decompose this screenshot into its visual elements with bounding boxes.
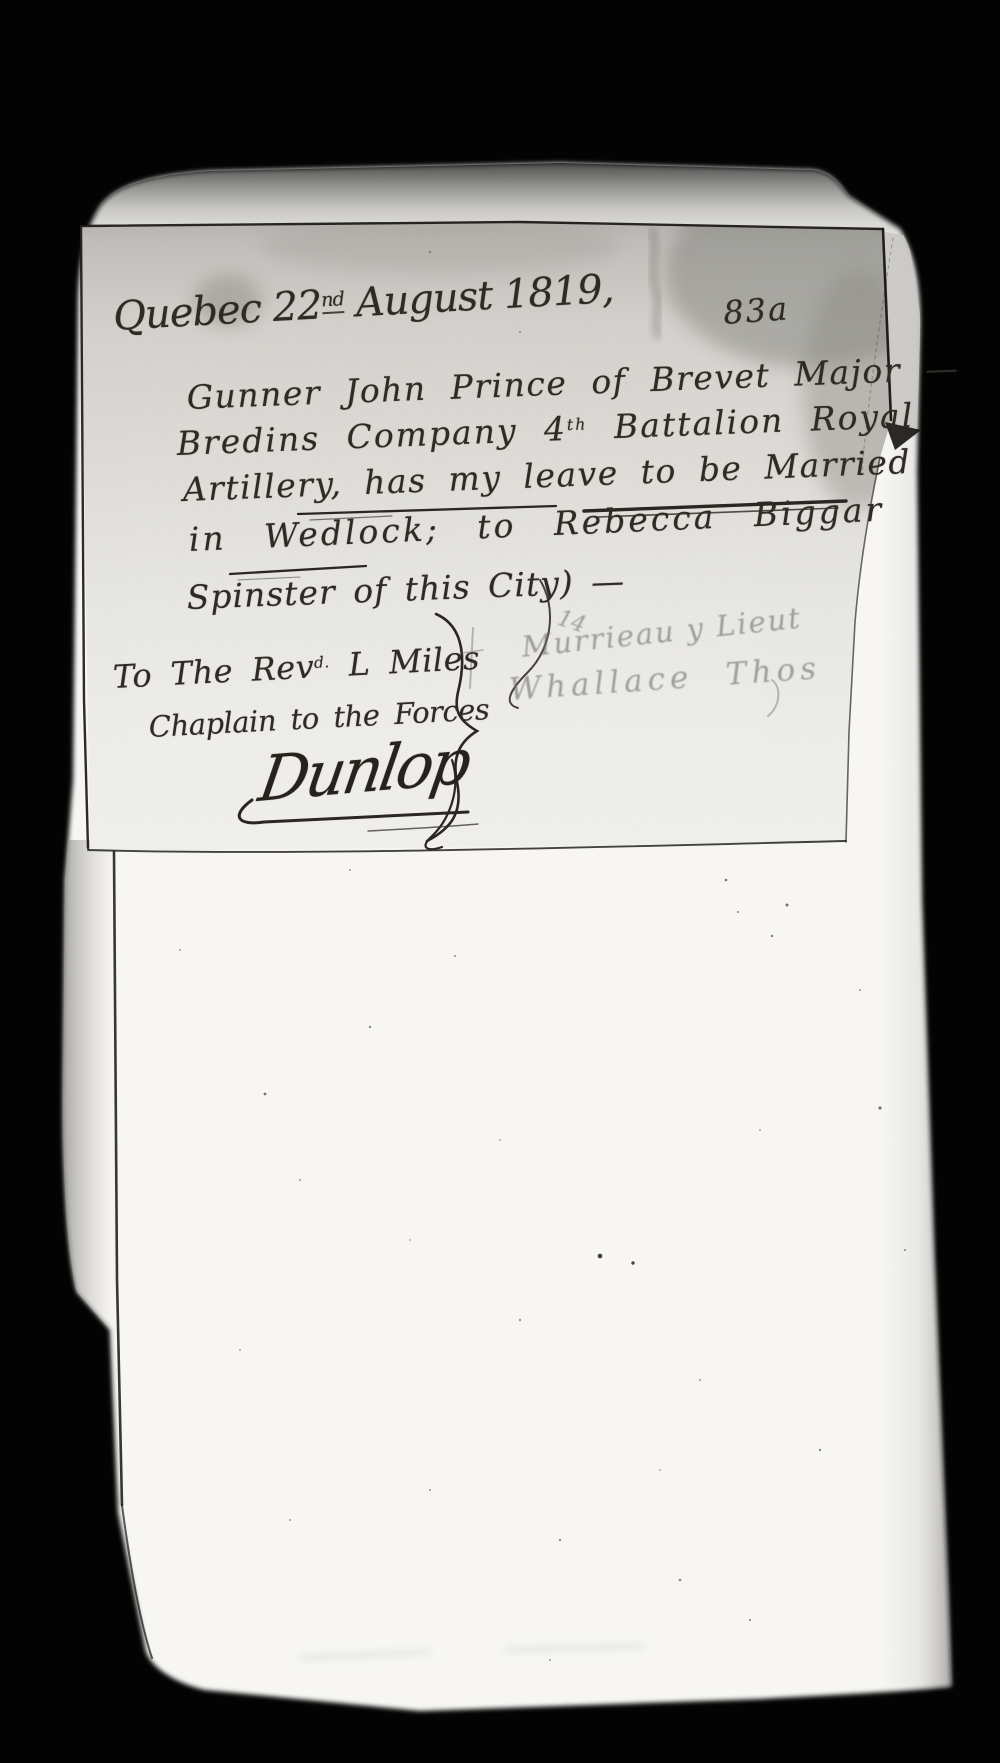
scan-artwork bbox=[0, 0, 1000, 1763]
address-line-1-superscript: d. bbox=[314, 653, 331, 672]
body-line-2-superscript: th bbox=[566, 414, 587, 434]
page-number: 83a bbox=[722, 289, 790, 331]
date-superscript: nd bbox=[321, 287, 345, 314]
address-line-1-suffix: L Miles bbox=[329, 639, 481, 685]
document-scan: Quebec 22nd August 1819, 83a Gunner John… bbox=[0, 0, 1000, 1763]
